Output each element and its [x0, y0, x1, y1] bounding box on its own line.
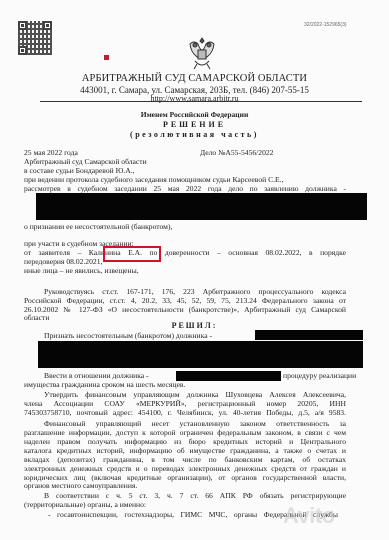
recognize-line: Признать несостоятельным (банкротом) дол…	[44, 331, 212, 340]
manager-line: члена Ассоциации СОАУ «МЕРКУРИЙ», регист…	[24, 399, 346, 408]
redaction-bar	[255, 330, 363, 340]
obligation-line: В соответствии с ч. 5 ст. 3, ч. 7 ст. 66…	[24, 491, 346, 500]
redaction-bar	[36, 193, 367, 220]
case-number: Дело №А55-5456/2022	[200, 148, 273, 157]
responsibility-line: разглашение информации, доступ к которой…	[24, 428, 346, 437]
highlight-box	[103, 246, 161, 262]
court-decision-page: 32/2022-152965(3) АРБИТРАЖНЫЙ СУД САМАРС…	[0, 0, 389, 540]
qr-code	[18, 21, 52, 55]
coat-of-arms-icon	[186, 34, 218, 72]
document-number: 32/2022-152965(3)	[304, 22, 347, 28]
manager-line: 745303758710, почтовый адрес: 454100, г.…	[24, 408, 346, 417]
responsibility-line: вкладах (депозитах) гражданина, в том чи…	[24, 455, 346, 464]
attendance-line: от заявителя – Калинина Е.А. по доверенн…	[24, 248, 346, 257]
introduce-line: Ввести в отношении должника -	[44, 371, 149, 380]
responsibility-line: каталога кредитных историй, информацию о…	[24, 446, 346, 455]
legal-basis-line: Российской Федерации, ст.ст. 4, 20.2, 33…	[24, 296, 346, 305]
legal-basis-line: Руководствуясь ст.ст. 167-171, 176, 223 …	[24, 287, 346, 296]
intro-line: рассмотрев в судебном заседании 25 мая 2…	[24, 184, 346, 193]
decision-title: РЕШЕНИЕ	[0, 120, 389, 129]
in-name-of: Именем Российской Федерации	[0, 110, 389, 119]
introduce-line: процедуру реализации	[283, 371, 356, 380]
attendance-line: при участи в судебном заседании:	[24, 239, 346, 248]
responsibility-line: электронных денежных средств и о перевод…	[24, 464, 346, 473]
bankruptcy-line: о признании ее несостоятельной (банкрото…	[24, 222, 346, 231]
resolved-heading: РЕШИЛ:	[0, 321, 389, 330]
intro-line: Арбитражный суд Самарской области	[24, 157, 346, 166]
manager-line: Утвердить финансовым управляющим должник…	[24, 390, 346, 399]
introduce-line: имущества гражданина сроком на шесть мес…	[24, 380, 346, 389]
attendance-line: передоверия 08.02.2021,	[24, 257, 346, 266]
intro-line: в составе судьи Бондаревой Ю.А.,	[24, 166, 346, 175]
avito-watermark: Avito	[283, 503, 335, 529]
responsibility-line: органов местного самоуправления.	[24, 481, 346, 490]
responsibility-line: Финансовый управляющий несет установленн…	[24, 419, 346, 428]
decision-date: 25 мая 2022 года	[24, 148, 346, 157]
intro-line: при ведении протокола судебного заседани…	[24, 175, 346, 184]
responsibility-line: наделен правом получать информацию из бю…	[24, 437, 346, 446]
red-marker	[104, 55, 109, 60]
decision-subtitle: (резолютивная часть)	[0, 130, 389, 139]
attendance-line: иные лица – не явились, извещены,	[24, 266, 346, 275]
header-divider	[40, 101, 362, 102]
court-name: АРБИТРАЖНЫЙ СУД САМАРСКОЙ ОБЛАСТИ	[0, 73, 389, 84]
redaction-bar	[38, 341, 363, 368]
